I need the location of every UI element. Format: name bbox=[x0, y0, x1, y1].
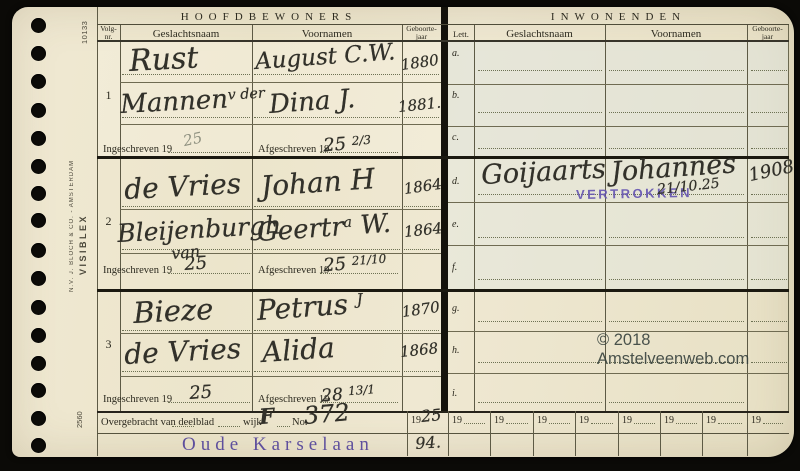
registered-year-entry: 25 bbox=[184, 254, 208, 274]
year-cell: 19 bbox=[747, 414, 788, 432]
street-name-stamp: Oude Karselaan bbox=[182, 434, 374, 456]
table-left-border bbox=[97, 7, 98, 456]
punch-hole bbox=[31, 74, 46, 89]
lodger-letter: e. bbox=[452, 219, 459, 230]
writing-line bbox=[122, 206, 250, 207]
writing-line bbox=[751, 279, 787, 280]
lodger-letter: f. bbox=[452, 262, 457, 273]
year-cell-label: 19 bbox=[622, 415, 632, 426]
row-rule bbox=[448, 202, 789, 203]
dotted-leader bbox=[763, 415, 783, 424]
registered-year-entry: 25 bbox=[189, 383, 213, 403]
copyright-watermark: © 2018 Amstelveenweb.com bbox=[597, 331, 800, 369]
firstnames-tail: W. bbox=[359, 209, 391, 241]
col-header-firstnames-left: Voornamen bbox=[252, 28, 402, 40]
registered-label: Ingeschreven 19 bbox=[103, 265, 172, 276]
year-cell: 19 bbox=[490, 414, 533, 432]
writing-line bbox=[751, 194, 787, 195]
col-header-birthyear-line2: jaar bbox=[762, 32, 773, 41]
stock-number-top: 10133 bbox=[80, 4, 89, 44]
punch-hole bbox=[31, 356, 46, 371]
title-underline bbox=[97, 24, 789, 25]
punch-hole bbox=[31, 18, 46, 33]
lodger-letter: a. bbox=[452, 48, 460, 59]
deregistered-year: 25 bbox=[323, 134, 347, 157]
firstnames-suffix: a bbox=[343, 215, 353, 232]
surname-entry: de Vries bbox=[124, 335, 242, 369]
row-rule bbox=[120, 82, 441, 83]
firstnames-text: Petrus bbox=[256, 288, 349, 327]
writing-line bbox=[478, 362, 602, 363]
writing-line bbox=[254, 74, 400, 75]
birthyear-entry: 1864 bbox=[403, 221, 443, 240]
year-cell: 19 bbox=[448, 414, 490, 432]
punch-hole bbox=[31, 46, 46, 61]
col-header-birthyear-right: Geboorte- jaar bbox=[747, 25, 788, 41]
year-cell: 19 bbox=[575, 414, 618, 432]
col-header-volgnr: Volg- nr. bbox=[97, 25, 120, 41]
deregistered-label: Afgeschreven 19 bbox=[258, 144, 329, 155]
punch-hole bbox=[31, 243, 46, 258]
house-number-entry: 372 bbox=[303, 400, 351, 428]
writing-line bbox=[751, 112, 787, 113]
surname-entry: de Vries bbox=[124, 170, 242, 204]
year-cell: 19 bbox=[660, 414, 702, 432]
surname-entry: Rust bbox=[128, 43, 199, 77]
stock-number-bottom: 2560 bbox=[75, 398, 84, 428]
firstnames-text: Geertr bbox=[256, 212, 345, 248]
dotted-leader bbox=[464, 415, 485, 424]
house-number-below: 94. bbox=[415, 434, 442, 452]
header-underline bbox=[97, 40, 789, 42]
writing-line bbox=[478, 70, 602, 71]
punch-hole bbox=[31, 300, 46, 315]
punch-hole bbox=[31, 186, 46, 201]
col-header-surname-left: Geslachtsnaam bbox=[120, 28, 252, 40]
writing-line bbox=[404, 371, 439, 372]
writing-line bbox=[478, 402, 602, 403]
deregistered-year: 25 bbox=[323, 254, 347, 277]
registered-label: Ingeschreven 19 bbox=[103, 144, 172, 155]
lodger-letter: b. bbox=[452, 90, 460, 101]
row-rule bbox=[448, 245, 789, 246]
footer-divider bbox=[97, 411, 789, 413]
dotted-leader bbox=[591, 415, 613, 424]
punch-hole bbox=[31, 383, 46, 398]
writing-line bbox=[751, 70, 787, 71]
deregistered-label: Afgeschreven 19 bbox=[258, 265, 329, 276]
surname-suffix: v der bbox=[227, 86, 265, 104]
birthyear-entry: 1881. bbox=[397, 96, 441, 115]
lodger-letter: c. bbox=[452, 132, 459, 143]
firstnames-entry: Alida bbox=[261, 334, 336, 367]
row-rule bbox=[448, 373, 789, 374]
year-cell-label: 19 bbox=[664, 415, 674, 426]
writing-line bbox=[609, 70, 744, 71]
lodger-letter: i. bbox=[452, 388, 457, 399]
writing-line bbox=[404, 74, 439, 75]
year-cell-label: 19 bbox=[411, 415, 421, 426]
writing-line bbox=[404, 117, 439, 118]
firstnames-entry: Petrus J bbox=[256, 290, 364, 325]
surname-entry: Bieze bbox=[132, 295, 214, 328]
deregistered-date: 13/1 bbox=[348, 382, 376, 398]
writing-line bbox=[122, 371, 250, 372]
writing-line bbox=[122, 330, 250, 331]
punch-hole bbox=[31, 328, 46, 343]
writing-line bbox=[478, 148, 602, 149]
right-section-title: INWONENDEN bbox=[448, 11, 789, 23]
cell-divider bbox=[407, 411, 408, 456]
writing-line bbox=[478, 237, 602, 238]
col-header-birthyear-line2: jaar bbox=[416, 32, 427, 41]
wijk-entry: F bbox=[259, 405, 275, 427]
transfer-label: Overgebracht van deel bbox=[101, 417, 196, 428]
writing-line bbox=[478, 112, 602, 113]
firstnames-suffix: J bbox=[356, 290, 363, 308]
col-header-volgnr-line2: nr. bbox=[105, 32, 113, 41]
punch-hole bbox=[31, 159, 46, 174]
column-divider bbox=[474, 24, 475, 411]
deregistered-date: 21/10 bbox=[351, 252, 386, 268]
year-cell-label: 19 bbox=[452, 415, 462, 426]
scanned-register-card: 10133 N.V. J. BLOCH & CO. - AMSTERDAM VI… bbox=[0, 0, 800, 471]
punch-hole bbox=[31, 103, 46, 118]
writing-line bbox=[254, 206, 400, 207]
row-rule bbox=[120, 124, 441, 125]
dotted-leader bbox=[634, 415, 655, 424]
dotted-leader bbox=[718, 415, 742, 424]
surname-text: Mannen bbox=[120, 84, 229, 120]
year-cell: 19 bbox=[618, 414, 660, 432]
year-cell-label: 19 bbox=[579, 415, 589, 426]
col-header-birthyear-left: Geboorte- jaar bbox=[402, 25, 441, 41]
punch-hole bbox=[31, 411, 46, 426]
writing-line bbox=[254, 371, 400, 372]
year-cell: 19 bbox=[702, 414, 747, 432]
surname-entry: Goijaarts bbox=[481, 156, 607, 189]
writing-line bbox=[218, 426, 240, 427]
writing-line bbox=[404, 330, 439, 331]
col-header-firstnames-right: Voornamen bbox=[605, 28, 747, 40]
registered-year-entry: 25 bbox=[182, 130, 204, 149]
deregistered-date: 2/3 bbox=[351, 133, 371, 148]
writing-line bbox=[277, 426, 290, 427]
writing-line bbox=[478, 321, 602, 322]
year-cell-label: 19 bbox=[751, 415, 761, 426]
year-cell-label: 19 bbox=[706, 415, 716, 426]
writing-line bbox=[609, 279, 744, 280]
lodger-letter: g. bbox=[452, 303, 460, 314]
left-section-title: HOOFDBEWONERS bbox=[97, 11, 441, 23]
transfer-blad-label: blad bbox=[196, 417, 214, 428]
writing-line bbox=[609, 237, 744, 238]
writing-line bbox=[254, 249, 400, 250]
writing-line bbox=[609, 321, 744, 322]
writing-line bbox=[609, 112, 744, 113]
column-divider bbox=[747, 24, 748, 456]
firstnames-entry: Dina J. bbox=[268, 86, 356, 118]
dotted-leader bbox=[506, 415, 528, 424]
writing-line bbox=[168, 152, 250, 153]
firstnames-entry: Johan H bbox=[260, 165, 376, 201]
row-rule bbox=[448, 126, 789, 127]
punch-hole bbox=[31, 438, 46, 453]
row-rule bbox=[120, 376, 441, 377]
writing-line bbox=[751, 321, 787, 322]
birthyear-entry: 1868 bbox=[399, 341, 439, 360]
writing-line bbox=[404, 249, 439, 250]
writing-line bbox=[404, 206, 439, 207]
section-divider-bar bbox=[441, 7, 448, 411]
writing-line bbox=[751, 148, 787, 149]
row-rule bbox=[120, 253, 441, 254]
registered-label: Ingeschreven 19 bbox=[103, 394, 172, 405]
punch-hole bbox=[31, 213, 46, 228]
punch-hole bbox=[31, 131, 46, 146]
entry-number: 3 bbox=[97, 337, 120, 352]
manufacturer-subline: N.V. J. BLOCH & CO. - AMSTERDAM bbox=[69, 162, 75, 292]
year-cell: 19 bbox=[533, 414, 575, 432]
year-cell-label: 19 bbox=[494, 415, 504, 426]
writing-line bbox=[609, 402, 744, 403]
year-cell-label: 19 bbox=[537, 415, 547, 426]
col-header-lett: Lett. bbox=[448, 29, 474, 39]
entry-number: 1 bbox=[97, 88, 120, 103]
punch-hole bbox=[31, 271, 46, 286]
writing-line bbox=[478, 279, 602, 280]
dotted-leader bbox=[676, 415, 697, 424]
writing-line bbox=[168, 273, 250, 274]
lodger-letter: d. bbox=[452, 176, 460, 187]
row-rule bbox=[448, 84, 789, 85]
manufacturer-brand: VISIBLEX bbox=[78, 185, 88, 275]
col-header-surname-right: Geslachtsnaam bbox=[474, 28, 605, 40]
dotted-leader bbox=[549, 415, 570, 424]
writing-line bbox=[751, 237, 787, 238]
row-rule bbox=[120, 209, 441, 210]
year-cell-entry: 25 bbox=[420, 407, 442, 425]
lodger-letter: h. bbox=[452, 345, 460, 356]
deregistered-year-entry: 25 2/3 bbox=[323, 134, 372, 155]
